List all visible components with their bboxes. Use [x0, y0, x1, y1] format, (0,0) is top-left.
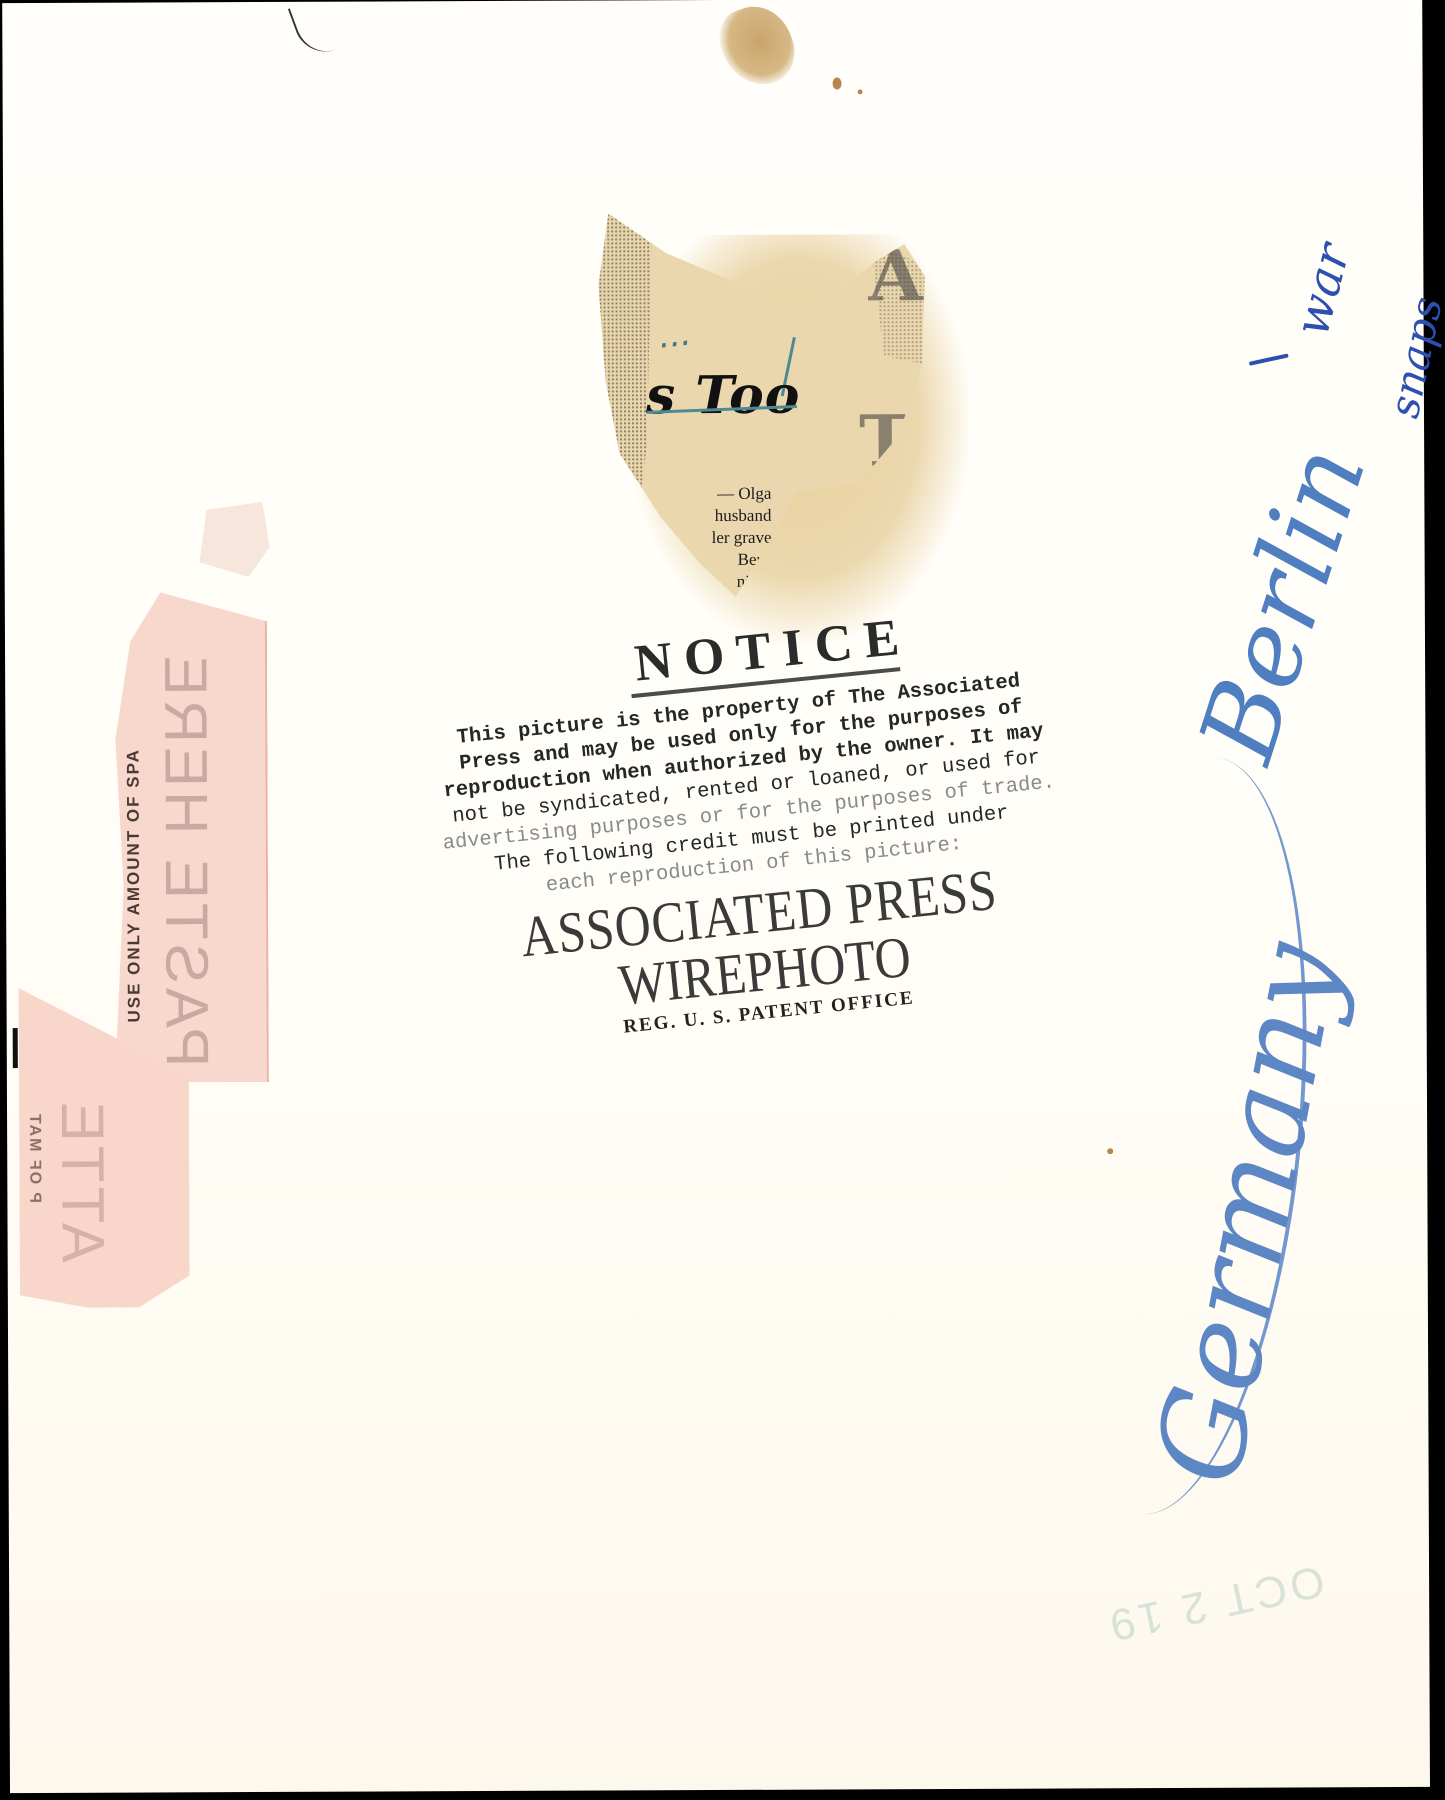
edge-mark	[13, 1028, 18, 1068]
ap-notice-stamp: NOTICE This picture is the property of T…	[382, 590, 1119, 1059]
newspaper-clipping: A T ... s Too — Olga husband ler grave B…	[588, 194, 965, 616]
pink-label-scrap	[199, 502, 269, 577]
stain-dot	[858, 89, 863, 94]
mirrored-instruction-text-2: P OF MAT	[25, 1112, 43, 1203]
pen-annotation: ...	[657, 314, 694, 357]
mirrored-instruction-text: USE ONLY AMOUNT OF SPA	[123, 748, 144, 1023]
faded-date-stamp: OCT 2 19	[1101, 1555, 1329, 1651]
mirrored-label-text: ATTE	[48, 1098, 118, 1263]
handwriting-dash	[1249, 353, 1289, 365]
stain-dot	[833, 77, 842, 89]
handwriting-snaps: snaps	[1379, 293, 1445, 423]
handwriting-war: war	[1284, 238, 1362, 342]
photo-back-paper: A T ... s Too — Olga husband ler grave B…	[2, 0, 1430, 1793]
clipping-line: husband	[659, 505, 771, 527]
clipping-headline: s Too	[646, 365, 801, 427]
handwriting-berlin: Berlin	[1175, 432, 1389, 775]
mirrored-paste-here-text: PASTE HERE	[151, 652, 222, 1068]
pen-scratch-mark	[288, 0, 337, 61]
clipping-line: — Olga	[659, 483, 771, 505]
glue-stain-top	[712, 0, 804, 95]
